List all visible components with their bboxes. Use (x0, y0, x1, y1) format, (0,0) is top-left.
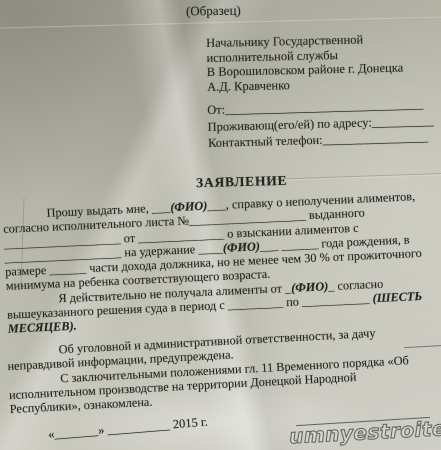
phone-label: Контактный телефон: (208, 133, 323, 150)
sample-label: (Образец) (186, 3, 241, 20)
body-paragraph-1: Прошу выдать мне, ___(ФИО)___, справку о… (2, 188, 440, 336)
date-line: «_______» __________ 2015 г. (48, 415, 209, 443)
applicant-block: От:________________________________ Прож… (207, 96, 434, 152)
from-label: От: (207, 103, 225, 117)
address-blank-line: __________ (372, 113, 434, 129)
body-paragraph-2: Об уголовной и административной ответств… (6, 323, 435, 417)
site-watermark: umnyestroiteli.ru (289, 414, 441, 449)
document-photo: (Образец) Начальнику Государственной исп… (0, 0, 441, 450)
six-months-emphasis: (ШЕСТЬ (372, 289, 422, 305)
phone-blank-line: _________________ (322, 130, 428, 147)
fio-placeholder: (ФИО) (170, 199, 208, 215)
recipient-block: Начальнику Государственной исполнительно… (206, 32, 404, 95)
fio-placeholder: (ФИО) (223, 239, 261, 255)
document-title: ЗАЯВЛЕНИЕ (196, 173, 288, 191)
fio-placeholder: (ФИО) (291, 279, 329, 295)
